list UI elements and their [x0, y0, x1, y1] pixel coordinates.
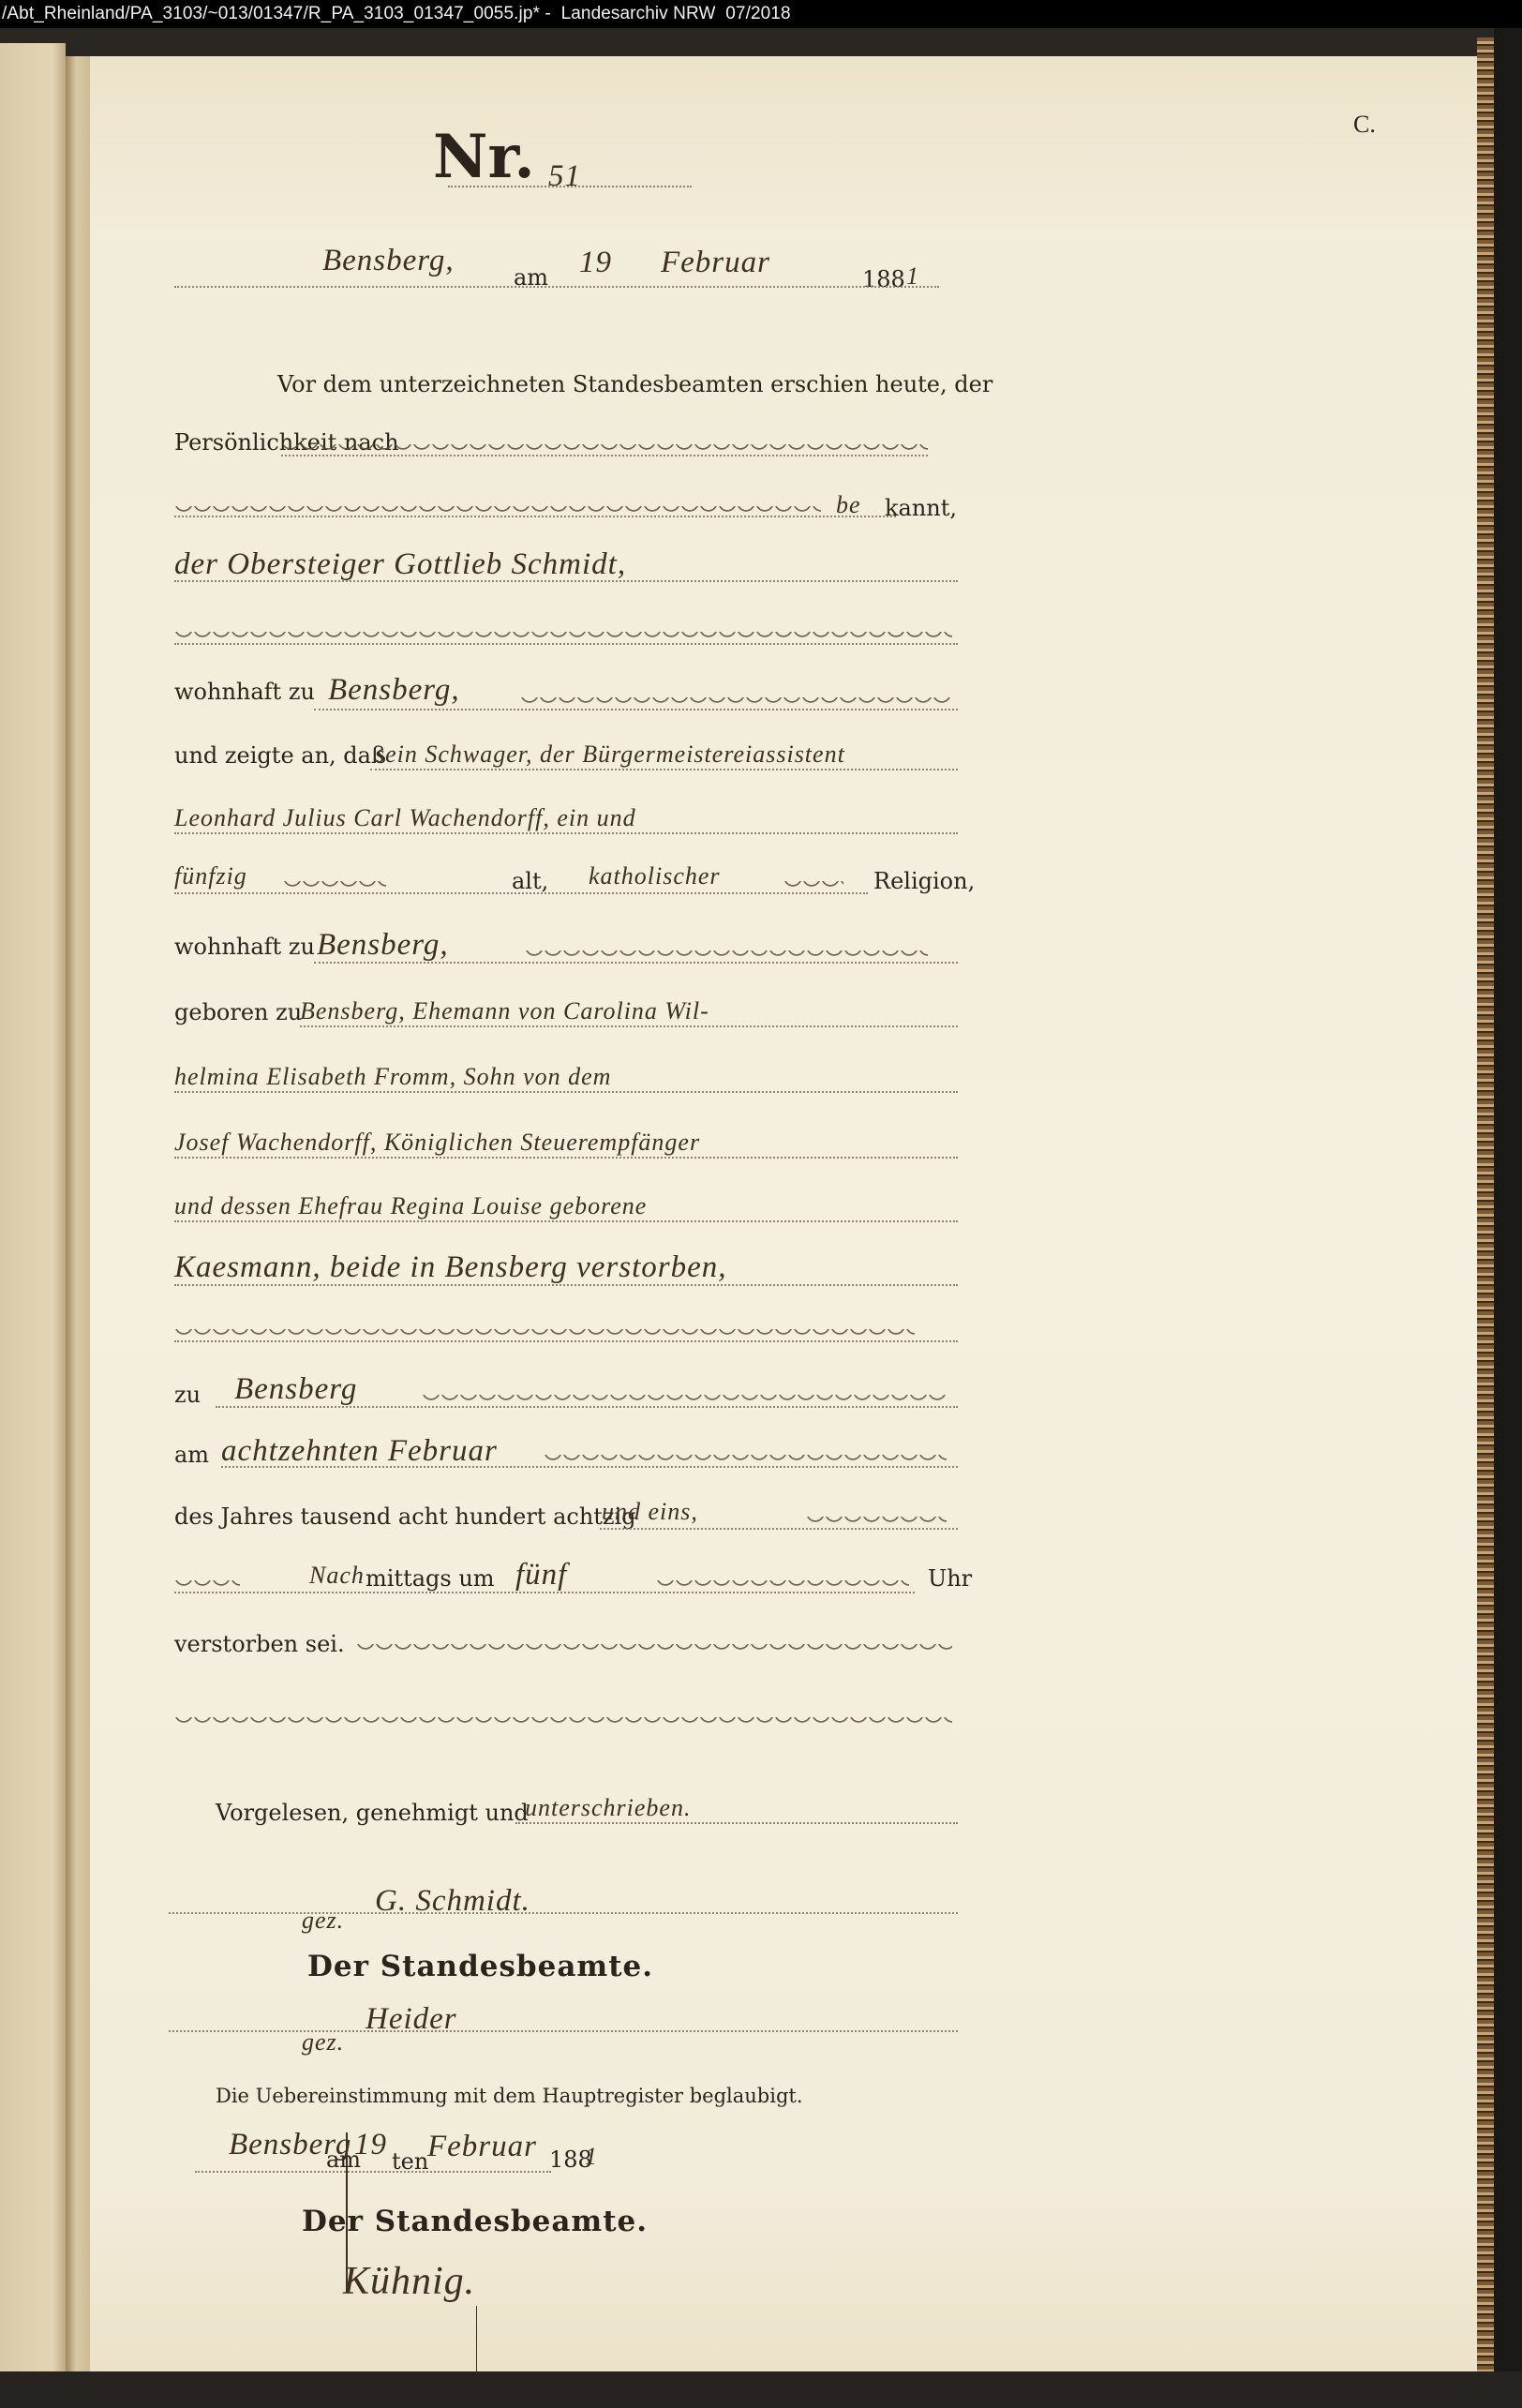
dotted-line: [174, 1220, 958, 1222]
dotted-line: [174, 286, 939, 288]
certification-signature: Kühnig.: [343, 2259, 475, 2304]
announcement-line-2: Leonhard Julius Carl Wachendorff, ein un…: [174, 804, 636, 832]
religion-value: katholischer: [589, 862, 721, 890]
book-gutter: [66, 56, 92, 2408]
place-value: Bensberg,: [322, 244, 455, 278]
death-time-value: fünf: [515, 1558, 567, 1593]
intro-kannt: kannt,: [885, 495, 957, 521]
filler-stroke: [656, 1580, 909, 1590]
filler-stroke: [520, 697, 951, 707]
birth-line-5: Kaesmann, beide in Bensberg verstorben,: [174, 1250, 727, 1285]
dotted-line: [174, 832, 958, 834]
birth-line-1: Bensberg, Ehemann von Carolina Wil-: [300, 997, 709, 1025]
dotted-line: [174, 516, 896, 517]
filler-stroke: [281, 444, 928, 454]
intro-line-1: Vor dem unterzeichneten Standesbeamten e…: [277, 371, 992, 397]
official-signature-prefix: gez.: [302, 2028, 344, 2057]
dotted-line: [515, 1822, 958, 1824]
closing-label: verstorben sei.: [174, 1631, 345, 1657]
dotted-line: [169, 2030, 958, 2032]
dotted-line: [174, 580, 958, 582]
informant-name: der Obersteiger Gottlieb Schmidt,: [174, 547, 626, 582]
filler-stroke: [174, 632, 952, 641]
dotted-line: [174, 1340, 958, 1342]
residence2-value: Bensberg,: [317, 928, 449, 963]
death-year-value: und eins,: [602, 1498, 698, 1526]
filler-stroke: [174, 1580, 240, 1590]
announcement-line-1: sein Schwager, der Bürgermeistereiassist…: [375, 740, 845, 769]
filler-stroke: [283, 881, 386, 890]
certification-day: 19: [354, 2128, 387, 2162]
filler-stroke: [174, 1717, 952, 1727]
window-title: /Abt_Rheinland/PA_3103/~013/01347/R_PA_3…: [0, 0, 1522, 28]
birth-label: geboren zu: [174, 999, 302, 1025]
certification-title: Der Standesbeamte.: [302, 2205, 648, 2238]
dotted-line: [174, 1157, 958, 1159]
death-year-label: des Jahres tausend acht hundert achtzig: [174, 1503, 636, 1530]
religion-label: Religion,: [873, 868, 975, 894]
page-stack-edge: [1477, 37, 1494, 2371]
form-letter: C.: [1353, 111, 1376, 139]
dotted-line: [448, 186, 692, 187]
birth-line-4: und dessen Ehefrau Regina Louise geboren…: [174, 1192, 647, 1220]
informant-signature-prefix: gez.: [302, 1907, 344, 1935]
filler-stroke: [356, 1644, 952, 1653]
filler-stroke: [783, 881, 843, 890]
certification-month: Februar: [427, 2130, 537, 2164]
death-date-label: am: [174, 1442, 209, 1468]
dotted-line: [174, 643, 958, 645]
date-day: 19: [579, 246, 612, 280]
dotted-line: [216, 1406, 958, 1408]
dotted-line: [174, 892, 868, 894]
filler-stroke: [174, 1329, 915, 1339]
record-number-value: 51: [548, 159, 581, 194]
age-value: fünfzig: [174, 862, 247, 890]
dotted-line: [195, 2171, 551, 2173]
year-printed: 188: [862, 266, 905, 292]
approval-label: Vorgelesen, genehmigt und: [216, 1800, 529, 1826]
dotted-line: [370, 769, 958, 770]
residence-value: Bensberg,: [328, 673, 460, 708]
dotted-line: [174, 1592, 915, 1593]
filler-stroke: [806, 1517, 947, 1526]
residence2-label: wohnhaft zu: [174, 934, 315, 960]
birth-line-2: helmina Elisabeth Fromm, Sohn von dem: [174, 1063, 611, 1091]
dotted-line: [281, 455, 928, 456]
dotted-line: [300, 1025, 958, 1027]
announcement-label: und zeigte an, daß: [174, 742, 386, 769]
dotted-line: [600, 1528, 958, 1530]
left-page-edge: [0, 43, 66, 2408]
official-title: Der Standesbeamte.: [307, 1950, 653, 1983]
book-cover-bottom: [0, 2371, 1522, 2408]
filler-stroke: [525, 950, 928, 960]
death-date-value: achtzehnten Februar: [221, 1434, 498, 1469]
approval-value: unterschrieben.: [525, 1794, 691, 1822]
book-cover: [1494, 28, 1522, 2408]
death-place-value: Bensberg: [234, 1372, 357, 1407]
certification-text: Die Uebereinstimmung mit dem Hauptregist…: [216, 2085, 803, 2107]
record-number-label: Nr.: [433, 122, 535, 192]
date-month: Februar: [661, 246, 770, 280]
dotted-line: [169, 1912, 958, 1914]
dotted-line: [174, 1091, 958, 1093]
death-place-label: zu: [174, 1382, 201, 1408]
filler-stroke: [422, 1395, 947, 1404]
dotted-line: [314, 709, 958, 710]
birth-line-3: Josef Wachendorff, Königlichen Steueremp…: [174, 1129, 700, 1157]
pen-stroke: [476, 2306, 477, 2371]
dotted-line: [174, 1284, 958, 1286]
certification-year-hand: 1: [585, 2143, 598, 2171]
filler-stroke: [174, 506, 821, 516]
residence-label: wohnhaft zu: [174, 679, 315, 705]
intro-hand-be: be: [836, 491, 861, 519]
dotted-line: [314, 962, 958, 964]
dotted-line: [221, 1466, 958, 1468]
death-time-unit: Uhr: [928, 1565, 972, 1592]
age-label: alt,: [512, 868, 548, 894]
death-time-label: mittags um: [366, 1565, 495, 1592]
filler-stroke: [544, 1455, 947, 1464]
death-time-prefix: Nach: [309, 1562, 365, 1590]
